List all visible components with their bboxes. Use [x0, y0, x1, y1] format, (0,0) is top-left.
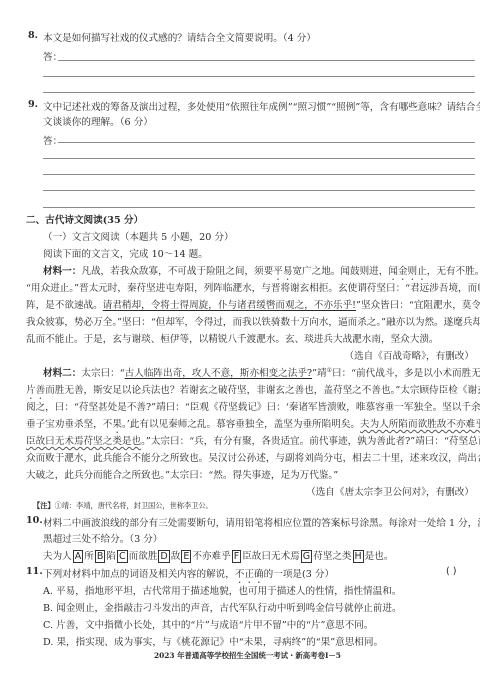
footnote: 【注】①靖：李靖，唐代名将，封卫国公，世称李卫公。 [33, 501, 213, 511]
break-option-f[interactable]: F [232, 550, 241, 563]
q10-prompt-line-1: 材料二中画波浪线的部分有三处需要断句，请用铅笔将相应位置的答案标号涂黑。每涂对一… [43, 515, 480, 529]
material1-line-3: 阵，是不欲速战。请君稍却，令将士得周旋，仆与诸君缓辔而观之，不亦乐乎!”坚众皆曰… [26, 297, 480, 311]
material1-line-4: 我众彼寡，势必万全。”坚曰：“但却军，令得过，而我以铁骑数十万向水，逼而杀之。”… [26, 314, 480, 328]
break-option-h[interactable]: H [353, 550, 364, 563]
underlined-sentence: 请君稍却，令将士得周旋，仆与诸君缓辔而观之，不亦乐乎! [103, 300, 356, 311]
q11-option-a[interactable]: A. 平易，指地形平坦，古代常用于描述地貌，也可用于描述人的性情，指性情温和。 [43, 583, 401, 597]
q9-answer-line-2[interactable] [43, 158, 475, 159]
material2-line-1: 材料二：太宗曰：“古人临阵出奇，攻人不意，斯亦相变之法乎?”靖①曰：“前代战斗，… [43, 365, 480, 379]
q9-answer-line-1[interactable] [58, 142, 475, 143]
wavy-underlined-text: 臣故曰无术焉苻坚之类是也 [26, 436, 141, 447]
q11-option-d[interactable]: D. 果，指实现、成为事实，与《桃花源记》中“未果，寻病终”的“果”意思相同。 [43, 634, 383, 648]
reading-instruction: 阅读下面的文言文，完成 10～14 题。 [43, 246, 208, 260]
material2-label: 材料二： [43, 368, 81, 379]
q8-number: 8. [28, 30, 38, 41]
wavy-underlined-text: 夫为人所陷而欲胜敌不亦难乎 [360, 419, 480, 430]
q9-prompt-line-2: 文谈谈你的理解。（6 分） [43, 114, 153, 128]
material2-line-7: 大破之，此兵分而能合之所致也。”太宗曰：“然。得失事迹，足为万代鉴。” [26, 467, 338, 481]
q11-option-c[interactable]: C. 片善，文中指微小长处，其中的“片”与成语“片甲不留”中的“片”意思不同。 [43, 617, 373, 631]
dotted-term-guo: 果 [112, 419, 122, 430]
material2-line-3: 阅之，曰：“苻坚甚处是不善?”靖曰：“臣观《苻坚载记》曰：‘秦诸军皆溃败，唯慕容… [26, 399, 480, 413]
break-option-e[interactable]: E [181, 550, 191, 563]
q9-number: 9. [28, 99, 38, 110]
underlined-sentence: 古人临阵出奇，攻人不意，斯亦相变之法乎? [125, 368, 312, 379]
break-option-c[interactable]: C [117, 550, 128, 563]
subsection-title: （一）文言文阅读（本题共 5 小题，20 分） [43, 229, 234, 243]
q9-prompt-line-1: 文中记述社戏的筹备及演出过程，多处使用“依照往年成例”“照习惯”“照例”等，含有… [43, 99, 480, 113]
q11-option-b[interactable]: B. 闻金则止，金指敲击刁斗发出的声音，古代军队行动中听到鸣金信号就停止前进。 [43, 600, 402, 614]
q11-number: 11. [26, 566, 43, 577]
q9-answer-line-3[interactable] [43, 174, 475, 175]
dotted-term-wenjinzezhi: 闻金则止 [388, 266, 426, 277]
page-footer: 2023 年普通高等学校招生全国统一考试・新高考卷Ⅰ－5 [154, 650, 341, 661]
break-option-g[interactable]: G [301, 550, 312, 563]
q8-answer-line-3[interactable] [43, 92, 475, 93]
q8-answer-line-2[interactable] [43, 76, 475, 77]
material1-label: 材料一： [43, 266, 81, 277]
material1-source: （选自《百战奇略》，有删改） [344, 348, 474, 362]
q10-prompt-line-2: 黑超过三处不给分。（3 分） [43, 531, 162, 545]
material1-line-2: “用众进止。”晋太元时，秦苻坚进屯寿阳，列阵临淝水，与晋将谢玄相拒。玄使谓苻坚曰… [26, 280, 480, 294]
q9-answer-line-4[interactable] [43, 190, 475, 191]
break-option-b[interactable]: B [95, 550, 106, 563]
q8-answer-line-1[interactable] [58, 60, 475, 61]
section-title: 二、古代诗文阅读(35 分） [26, 212, 143, 226]
q8-prompt: 本文是如何描写社戏的仪式感的？请结合全文简要说明。（4 分） [43, 30, 316, 44]
q10-segmentation-line: 夫为人A所B陷C而欲胜D敌E不亦难乎F臣故曰无术焉G苻坚之类H是也。 [43, 548, 393, 563]
material2-line-5: 臣故曰无术焉苻坚之类是也。”太宗曰：“兵，有分有聚，各贵适宜。前代事迹，孰为善此… [26, 433, 480, 447]
q11-answer-blank[interactable]: ( ) [446, 566, 457, 577]
material1-line-5: 乱而不能止。于是，玄与谢琰、桓伊等，以精锐八千渡淝水。玄、琰进兵大战淝水南，坚众… [26, 331, 439, 345]
q9-answer-label: 答： [43, 133, 62, 147]
break-option-a[interactable]: A [73, 550, 84, 563]
material2-line-6: 众而败于淝水，此兵能合不能分之所致也。吴汉讨公孙述，与副将刘尚分屯，相去二十里，… [26, 450, 480, 464]
q9-answer-line-5[interactable] [43, 207, 475, 208]
material2-source: （选自《唐太宗李卫公问对》，有删改） [306, 484, 474, 498]
break-option-d[interactable]: D [158, 550, 169, 563]
emphasized-incorrect: 不正确 [235, 569, 264, 580]
dotted-term-pianshan: 片善 [26, 385, 45, 396]
q10-number: 10. [26, 515, 43, 526]
dotted-term-pingyi: 平易 [273, 266, 292, 277]
